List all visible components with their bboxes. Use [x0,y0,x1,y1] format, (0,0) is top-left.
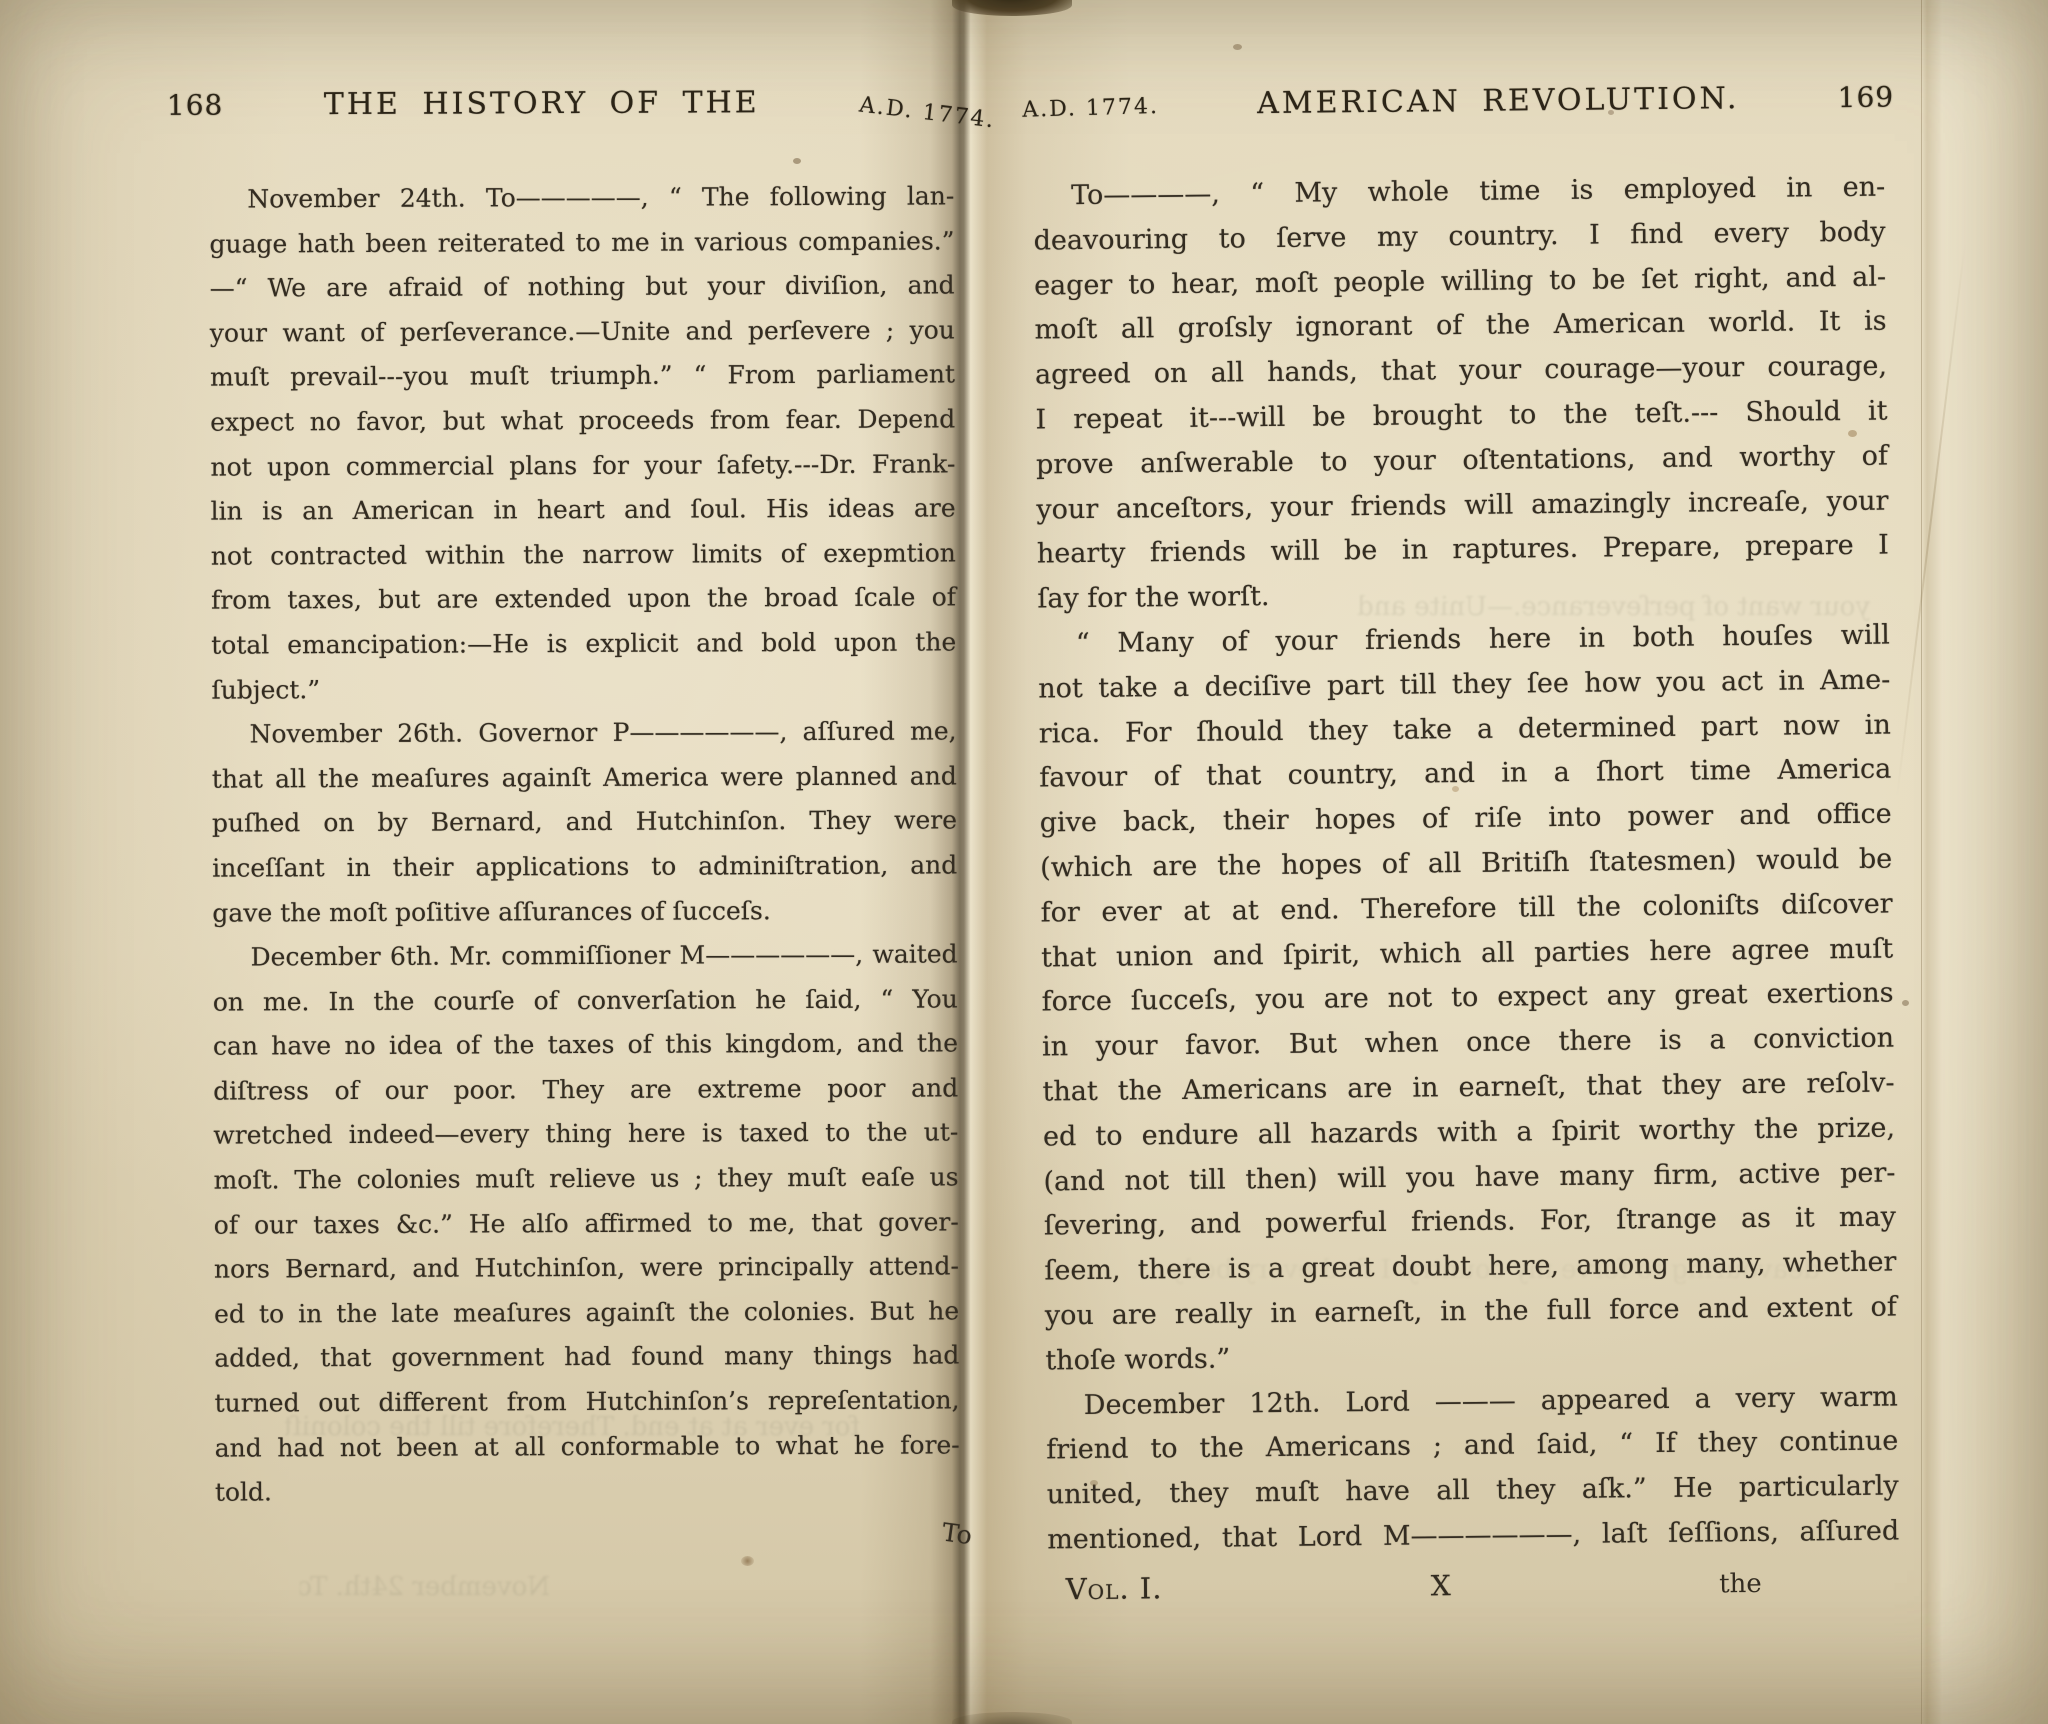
text-line: moſt. The colonies muſt relieve us ; the… [213,1155,958,1203]
left-running-title: THE HISTORY OF THE [324,85,760,122]
right-date-label: A.D. 1774. [1022,94,1159,123]
show-through-text: November 24th. To—————, “ The following … [300,1572,550,1602]
paper-stain [1233,44,1242,50]
text-line: of our taxes &c.” He alſo affirmed to me… [214,1200,959,1248]
volume-label: Vol. I. [1066,1566,1163,1611]
left-page: 168 THE HISTORY OF THE A.D. 1774. Novemb… [167,84,1003,1559]
text-line: your want of perſeverance.—Unite and per… [210,308,955,356]
left-page-text: November 24th. To—————, “ The following … [209,174,960,1559]
text-line: total emancipation:—He is explicit and b… [211,620,956,668]
paper-stain [741,1556,754,1566]
text-line: November 26th. Governor P——————, aſſured… [212,710,957,758]
text-line: December 6th. Mr. commiſſioner M——————, … [212,932,957,980]
paragraph: “ Many of your friends here in both houſ… [1038,614,1898,1384]
text-line: gave the moſt poſitive aſſurances of ſuc… [212,888,957,936]
text-line: wretched indeed—every thing here is taxe… [213,1111,958,1159]
text-line: November 24th. To—————, “ The following … [209,174,954,222]
text-line: turned out different from Hutchinſon’s r… [214,1378,959,1426]
paragraph: November 24th. To—————, “ The following … [209,174,956,712]
left-page-header: 168 THE HISTORY OF THE A.D. 1774. [167,84,997,138]
left-date-label: A.D. 1774. [858,92,997,133]
right-page-text: To————, “ My whole time is employed in e… [1033,166,1899,1564]
text-line: hearty friends will be in raptures. Prep… [1037,524,1889,578]
paragraph: December 12th. Lord ——— appeared a very … [1046,1375,1900,1563]
text-line: on me. In the courſe of converſation he … [213,977,958,1025]
binding-top [952,0,1072,16]
catchword-row: To [215,1512,972,1559]
right-page-footer: Vol. I. X the [1038,1558,1910,1613]
right-page: A.D. 1774. AMERICAN REVOLUTION. 169 To——… [1022,79,1910,1613]
text-line: that all the meaſures againſt America we… [212,754,957,802]
text-line: can have no idea of the taxes of this ki… [213,1022,958,1070]
text-line: —“ We are afraid of nothing but your div… [210,264,955,312]
text-line: and had not been at all conformable to w… [215,1423,960,1471]
right-page-number: 169 [1838,80,1895,114]
fore-edge-crease [1896,242,1966,798]
text-line: not contracted within the narrow limits … [211,531,956,579]
text-line: inceſſant in their applications to admin… [212,843,957,891]
paragraph: To————, “ My whole time is employed in e… [1033,166,1890,623]
signature-mark: X [1431,1564,1451,1608]
binding-bottom [952,1712,1072,1724]
text-line: added, that government had found many th… [214,1334,959,1382]
text-line: diſtress of our poor. They are extreme p… [213,1066,958,1114]
left-catchword: To [939,1510,974,1558]
text-line: guage hath been reiterated to me in vari… [209,219,954,267]
paragraph: November 26th. Governor P——————, aſſured… [212,710,958,936]
text-line: expect no favor, but what proceeds from … [210,397,955,445]
text-line: told. [215,1468,960,1516]
book-photo: 168 THE HISTORY OF THE A.D. 1774. Novemb… [0,0,2048,1724]
right-page-header: A.D. 1774. AMERICAN REVOLUTION. 169 [1022,79,1894,138]
text-line: nors Bernard, and Hutchinſon, were princ… [214,1245,959,1293]
text-line: muſt prevail---you muſt triumph.” “ From… [210,353,955,401]
right-catchword: the [1719,1562,1762,1606]
text-line: ed to in the late meaſures againſt the c… [214,1289,959,1337]
text-line: lin is an American in heart and ſoul. Hi… [211,487,956,535]
text-line: from taxes, but are extended upon the br… [211,576,956,624]
right-running-title: AMERICAN REVOLUTION. [1257,81,1740,121]
text-line: ſubject.” [211,665,956,713]
text-line: puſhed on by Bernard, and Hutchinſon. Th… [212,799,957,847]
left-page-number: 168 [167,89,224,122]
page-fore-edge [1921,0,2048,1724]
text-line: you are really in earneſt, in the full f… [1045,1285,1897,1339]
text-line: mentioned, that Lord M——————, laſt ſeſſi… [1047,1509,1899,1563]
text-line: not upon commercial plans for your ſafet… [210,442,955,490]
paragraph: December 6th. Mr. commiſſioner M——————, … [212,932,960,1515]
